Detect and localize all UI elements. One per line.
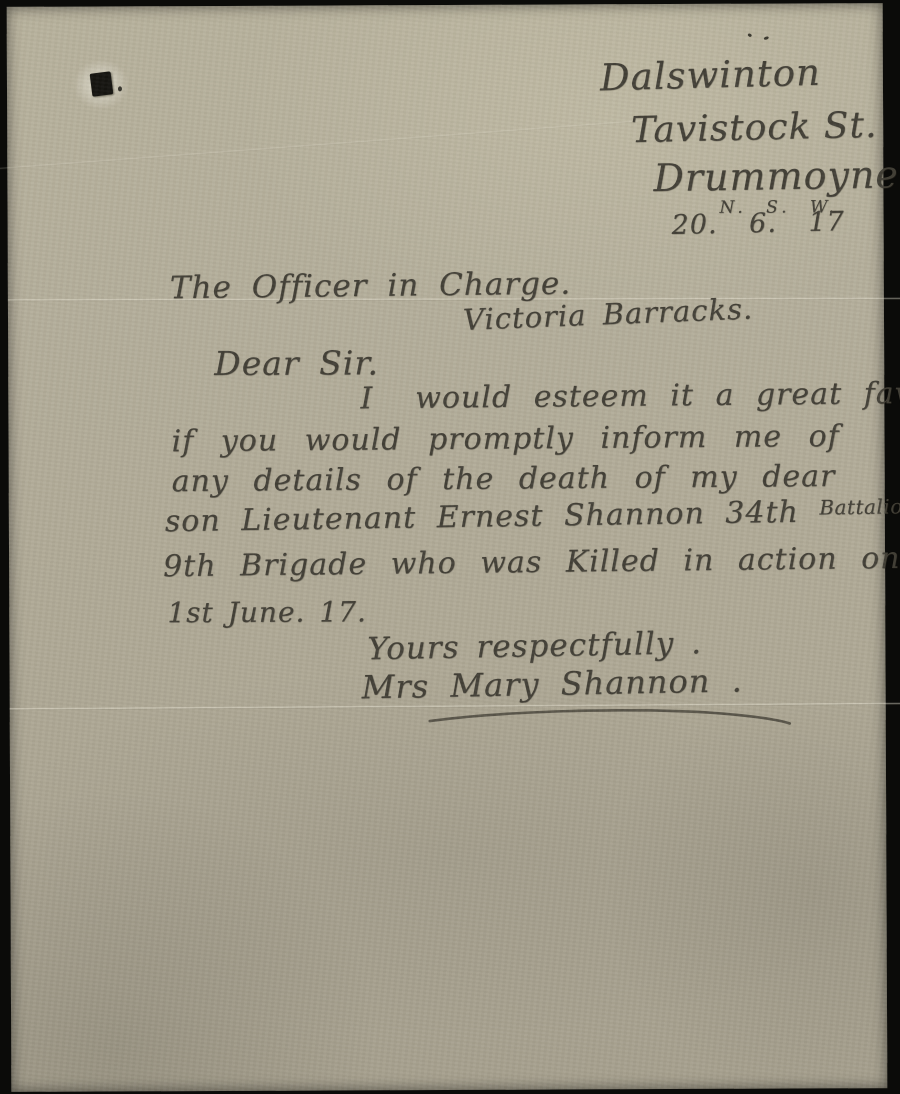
paper-speck [118,86,122,91]
body-line-4-main: son Lieutenant Ernest Shannon 34th [165,495,799,539]
sender-address-line-2: Tavistock St. [631,105,878,151]
closing-line: Yours respectfully . [367,625,702,667]
body-line-2: if you would promptly inform me of [171,419,839,459]
body-line-1: Iwould esteem it a great favor [360,376,900,417]
sender-address-line-3: Drummoyne. [653,152,900,200]
body-line-3: any details of the death of my dear [172,459,836,499]
letter-date: 20. 6. 17 [671,206,845,241]
paper-speck [763,36,769,41]
paper-speck [747,33,752,38]
body-line-6: 1st June. 17. [167,595,367,629]
letter-page: Dalswinton Tavistock St. Drummoyne. N. S… [7,3,888,1092]
body-line-4: son Lieutenant Ernest Shannon 34th Batta… [165,493,900,539]
salutation: Dear Sir. [214,343,379,383]
body-line-1-rest: would esteem it a great favor [415,376,900,416]
signature-line: Mrs Mary Shannon . [361,661,743,706]
punch-hole [90,71,114,96]
fold-crease [0,119,646,171]
body-line-4-battalion: Battalion [819,494,900,519]
sender-address-line-1: Dalswinton [599,51,821,100]
scanner-background: Dalswinton Tavistock St. Drummoyne. N. S… [0,0,900,1094]
body-line-1-lead: I [360,381,373,416]
body-line-5: 9th Brigade who was Killed in action on [163,541,900,584]
